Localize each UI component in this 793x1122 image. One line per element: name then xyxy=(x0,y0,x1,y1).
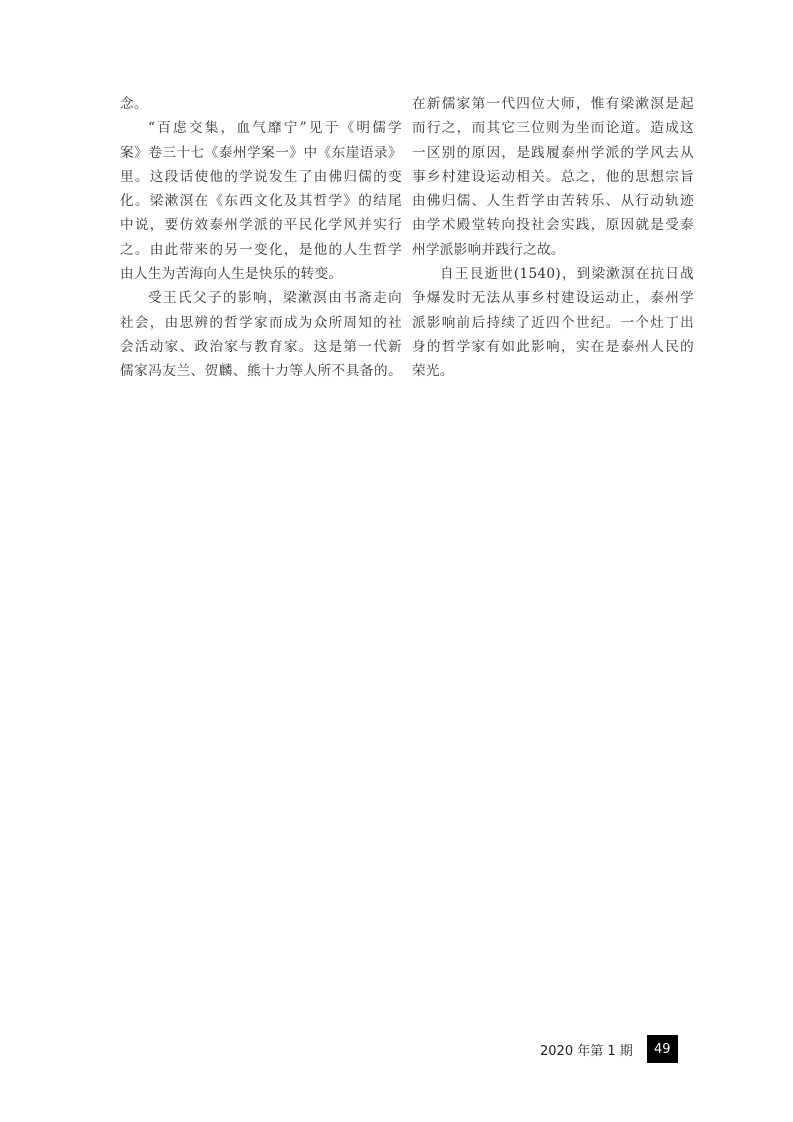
text-line: 念。 xyxy=(120,92,402,116)
text-line: “百虑交集，血气靡宁”见于《明儒学 xyxy=(120,116,402,140)
text-line: 受王氏父子的影响，梁漱溟由书斋走向 xyxy=(120,286,402,310)
right-column: 在新儒家第一代四位大师，惟有梁漱溟是起而行之，而其它三位则为坐而论道。造成这一区… xyxy=(412,92,694,384)
text-line: 社会，由思辨的哲学家而成为众所周知的社 xyxy=(120,311,402,335)
text-line: 由学术殿堂转向投社会实践，原因就是受泰 xyxy=(412,213,694,237)
text-line: 派影响前后持续了近四个世纪。一个灶丁出 xyxy=(412,311,694,335)
text-line: 事乡村建设运动相关。总之，他的思想宗旨 xyxy=(412,165,694,189)
text-line: 中说，要仿效泰州学派的平民化学风并实行 xyxy=(120,213,402,237)
text-line: 荣光。 xyxy=(412,359,694,383)
page-number: 49 xyxy=(647,1035,678,1063)
page-footer: 2020 年第 1 期 49 xyxy=(540,1035,678,1063)
text-line: 自王艮逝世(1540)，到梁漱溟在抗日战 xyxy=(412,262,694,286)
left-column: 念。“百虑交集，血气靡宁”见于《明儒学案》卷三十七《泰州学案一》中《东崖语录》里… xyxy=(120,92,402,384)
text-line: 由佛归儒、人生哲学由苦转乐、从行动轨迹 xyxy=(412,189,694,213)
text-line: 儒家冯友兰、贺麟、熊十力等人所不具备的。 xyxy=(120,359,402,383)
text-line: 会活动家、政治家与教育家。这是第一代新 xyxy=(120,335,402,359)
text-line: 之。由此带来的另一变化，是他的人生哲学 xyxy=(120,238,402,262)
issue-label: 2020 年第 1 期 xyxy=(540,1040,633,1059)
text-line: 由人生为苦海向人生是快乐的转变。 xyxy=(120,262,402,286)
text-line: 化。梁漱溟在《东西文化及其哲学》的结尾 xyxy=(120,189,402,213)
text-line: 里。这段话使他的学说发生了由佛归儒的变 xyxy=(120,165,402,189)
text-line: 身的哲学家有如此影响，实在是泰州人民的 xyxy=(412,335,694,359)
text-line: 州学派影响并践行之故。 xyxy=(412,238,694,262)
text-line: 案》卷三十七《泰州学案一》中《东崖语录》 xyxy=(120,141,402,165)
text-line: 争爆发时无法从事乡村建设运动止，泰州学 xyxy=(412,286,694,310)
text-line: 而行之，而其它三位则为坐而论道。造成这 xyxy=(412,116,694,140)
text-line: 一区别的原因，是践履泰州学派的学风去从 xyxy=(412,141,694,165)
text-line: 在新儒家第一代四位大师，惟有梁漱溟是起 xyxy=(412,92,694,116)
